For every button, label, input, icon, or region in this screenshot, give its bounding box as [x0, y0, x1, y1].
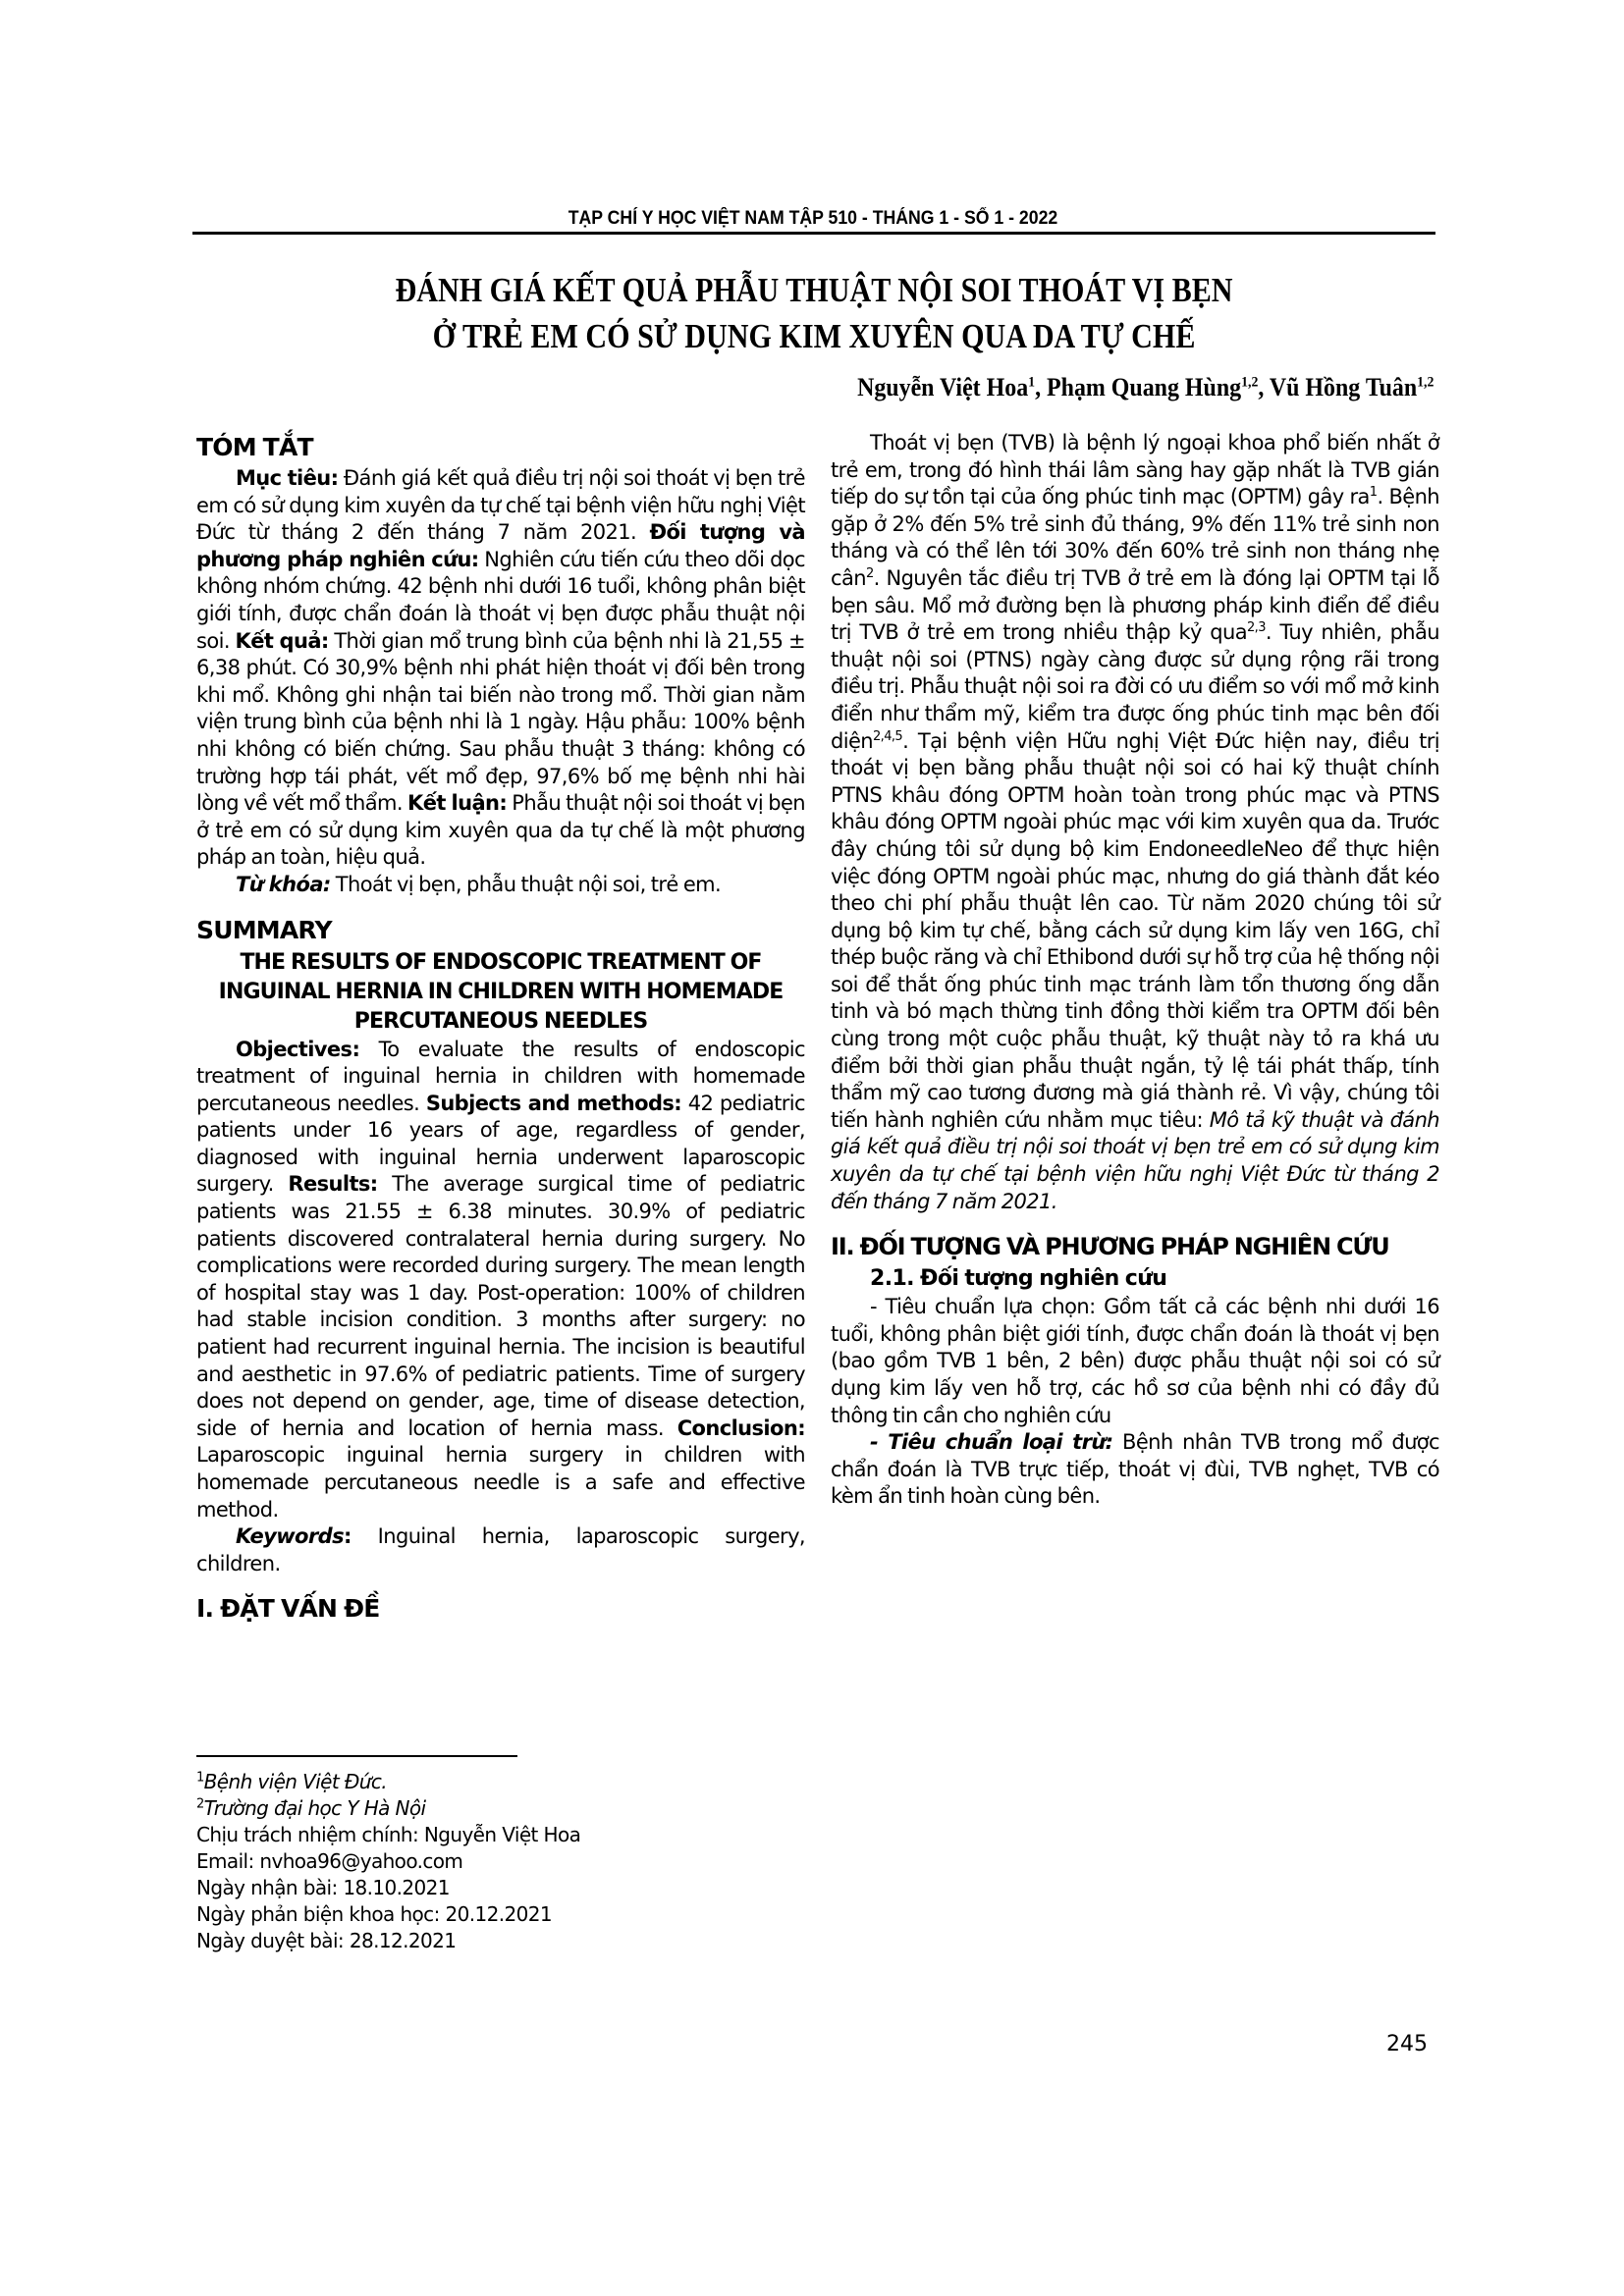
affiliation-text: Bệnh viện Việt Đức. [204, 1770, 387, 1793]
author-affiliation: 1,2 [1241, 374, 1258, 390]
results-label: Kết quả: [236, 629, 329, 653]
abstract-vi-heading: TÓM TẮT [196, 430, 805, 465]
footnotes: 1Bệnh viện Việt Đức. 2Trường đại học Y H… [196, 1755, 805, 1954]
author-separator: , [1258, 373, 1270, 401]
abstract-vi-keywords: Từ khóa: Thoát vị bẹn, phẫu thuật nội so… [196, 872, 805, 899]
section-1-heading: I. ĐẶT VẤN ĐỀ [196, 1591, 805, 1627]
conclusion-text-en: Laparoscopic inguinal hernia surgery in … [196, 1443, 805, 1521]
abstract-en-body: Objectives: To evaluate the results of e… [196, 1037, 805, 1524]
left-column: TÓM TẮT Mục tiêu: Đánh giá kết quả điều … [196, 430, 805, 1627]
keywords-colon: : [344, 1524, 352, 1548]
affiliation-text: Trường đại học Y Hà Nội [204, 1796, 426, 1820]
keywords-label: Từ khóa: [236, 873, 331, 896]
received-date: Ngày nhận bài: 18.10.2021 [196, 1875, 805, 1901]
exclusion-criteria: - Tiêu chuẩn loại trừ: Bệnh nhân TVB tro… [831, 1429, 1439, 1511]
article-title: ĐÁNH GIÁ KẾT QUẢ PHẪU THUẬT NỘI SOI THOÁ… [280, 267, 1349, 359]
title-line-2: Ở TRẺ EM CÓ SỬ DỤNG KIM XUYÊN QUA DA TỰ … [280, 313, 1349, 359]
objectives-label: Objectives: [236, 1038, 359, 1061]
intro-paragraph: Thoát vị bẹn (TVB) là bệnh lý ngoại khoa… [831, 430, 1439, 1215]
author-affiliation: 1 [1028, 374, 1035, 390]
corresponding-author: Chịu trách nhiệm chính: Nguyễn Việt Hoa [196, 1822, 805, 1848]
abstract-vi-body: Mục tiêu: Đánh giá kết quả điều trị nội … [196, 465, 805, 872]
page-number: 245 [1386, 2032, 1428, 2056]
right-column: Thoát vị bẹn (TVB) là bệnh lý ngoại khoa… [831, 430, 1439, 1511]
affiliation-1: 1Bệnh viện Việt Đức. [196, 1769, 805, 1795]
objective-label: Mục tiêu: [236, 466, 338, 490]
citation: 2,3 [1247, 620, 1266, 635]
section-2-heading: II. ĐỐI TƯỢNG VÀ PHƯƠNG PHÁP NGHIÊN CỨU [831, 1229, 1439, 1264]
abstract-en-keywords: Keywords: Inguinal hernia, laparoscopic … [196, 1523, 805, 1577]
inclusion-criteria: - Tiêu chuẩn lựa chọn: Gồm tất cả các bệ… [831, 1294, 1439, 1429]
exclusion-label: - Tiêu chuẩn loại trừ: [870, 1430, 1112, 1454]
author-separator: , [1035, 373, 1047, 401]
affiliation-number: 1 [196, 1770, 204, 1785]
citation: 2 [866, 566, 874, 581]
email: Email: nvhoa96@yahoo.com [196, 1848, 805, 1875]
header-rule [192, 232, 1435, 235]
conclusion-label-en: Conclusion: [677, 1416, 805, 1440]
citation: 2,4,5 [873, 729, 902, 744]
accepted-date: Ngày duyệt bài: 28.12.2021 [196, 1928, 805, 1954]
title-line-1: ĐÁNH GIÁ KẾT QUẢ PHẪU THUẬT NỘI SOI THOÁ… [280, 267, 1349, 313]
author-name: Phạm Quang Hùng [1047, 373, 1241, 401]
author-name: Nguyễn Việt Hoa [857, 373, 1028, 401]
affiliation-number: 2 [196, 1796, 204, 1811]
conclusion-label: Kết luận: [407, 791, 507, 815]
author-affiliation: 1,2 [1417, 374, 1434, 390]
author-list: Nguyễn Việt Hoa1, Phạm Quang Hùng1,2, Vũ… [857, 373, 1434, 402]
results-text-en: The average surgical time of pediatric p… [196, 1172, 805, 1439]
keywords-text: Thoát vị bẹn, phẫu thuật nội soi, trẻ em… [331, 873, 721, 896]
results-text: Thời gian mổ trung bình của bệnh nhi là … [196, 629, 805, 816]
subsection-2-1-heading: 2.1. Đối tượng nghiên cứu [831, 1264, 1439, 1294]
summary-title: THE RESULTS OF ENDOSCOPIC TREATMENT OF I… [196, 948, 805, 1037]
methods-label-en: Subjects and methods: [426, 1092, 681, 1115]
intro-text: . Tại bệnh viện Hữu nghị Việt Đức hiện n… [831, 729, 1439, 1132]
summary-heading: SUMMARY [196, 913, 805, 948]
affiliation-2: 2Trường đại học Y Hà Nội [196, 1795, 805, 1822]
results-label-en: Results: [288, 1172, 377, 1196]
author-name: Vũ Hồng Tuân [1269, 373, 1416, 401]
intro-text: Thoát vị bẹn (TVB) là bệnh lý ngoại khoa… [831, 431, 1439, 508]
running-header: TẠP CHÍ Y HỌC VIỆT NAM TẬP 510 - THÁNG 1… [236, 208, 1390, 230]
keywords-label-en: Keywords [236, 1524, 344, 1548]
reviewed-date: Ngày phản biện khoa học: 20.12.2021 [196, 1901, 805, 1928]
footnote-rule [196, 1755, 517, 1757]
